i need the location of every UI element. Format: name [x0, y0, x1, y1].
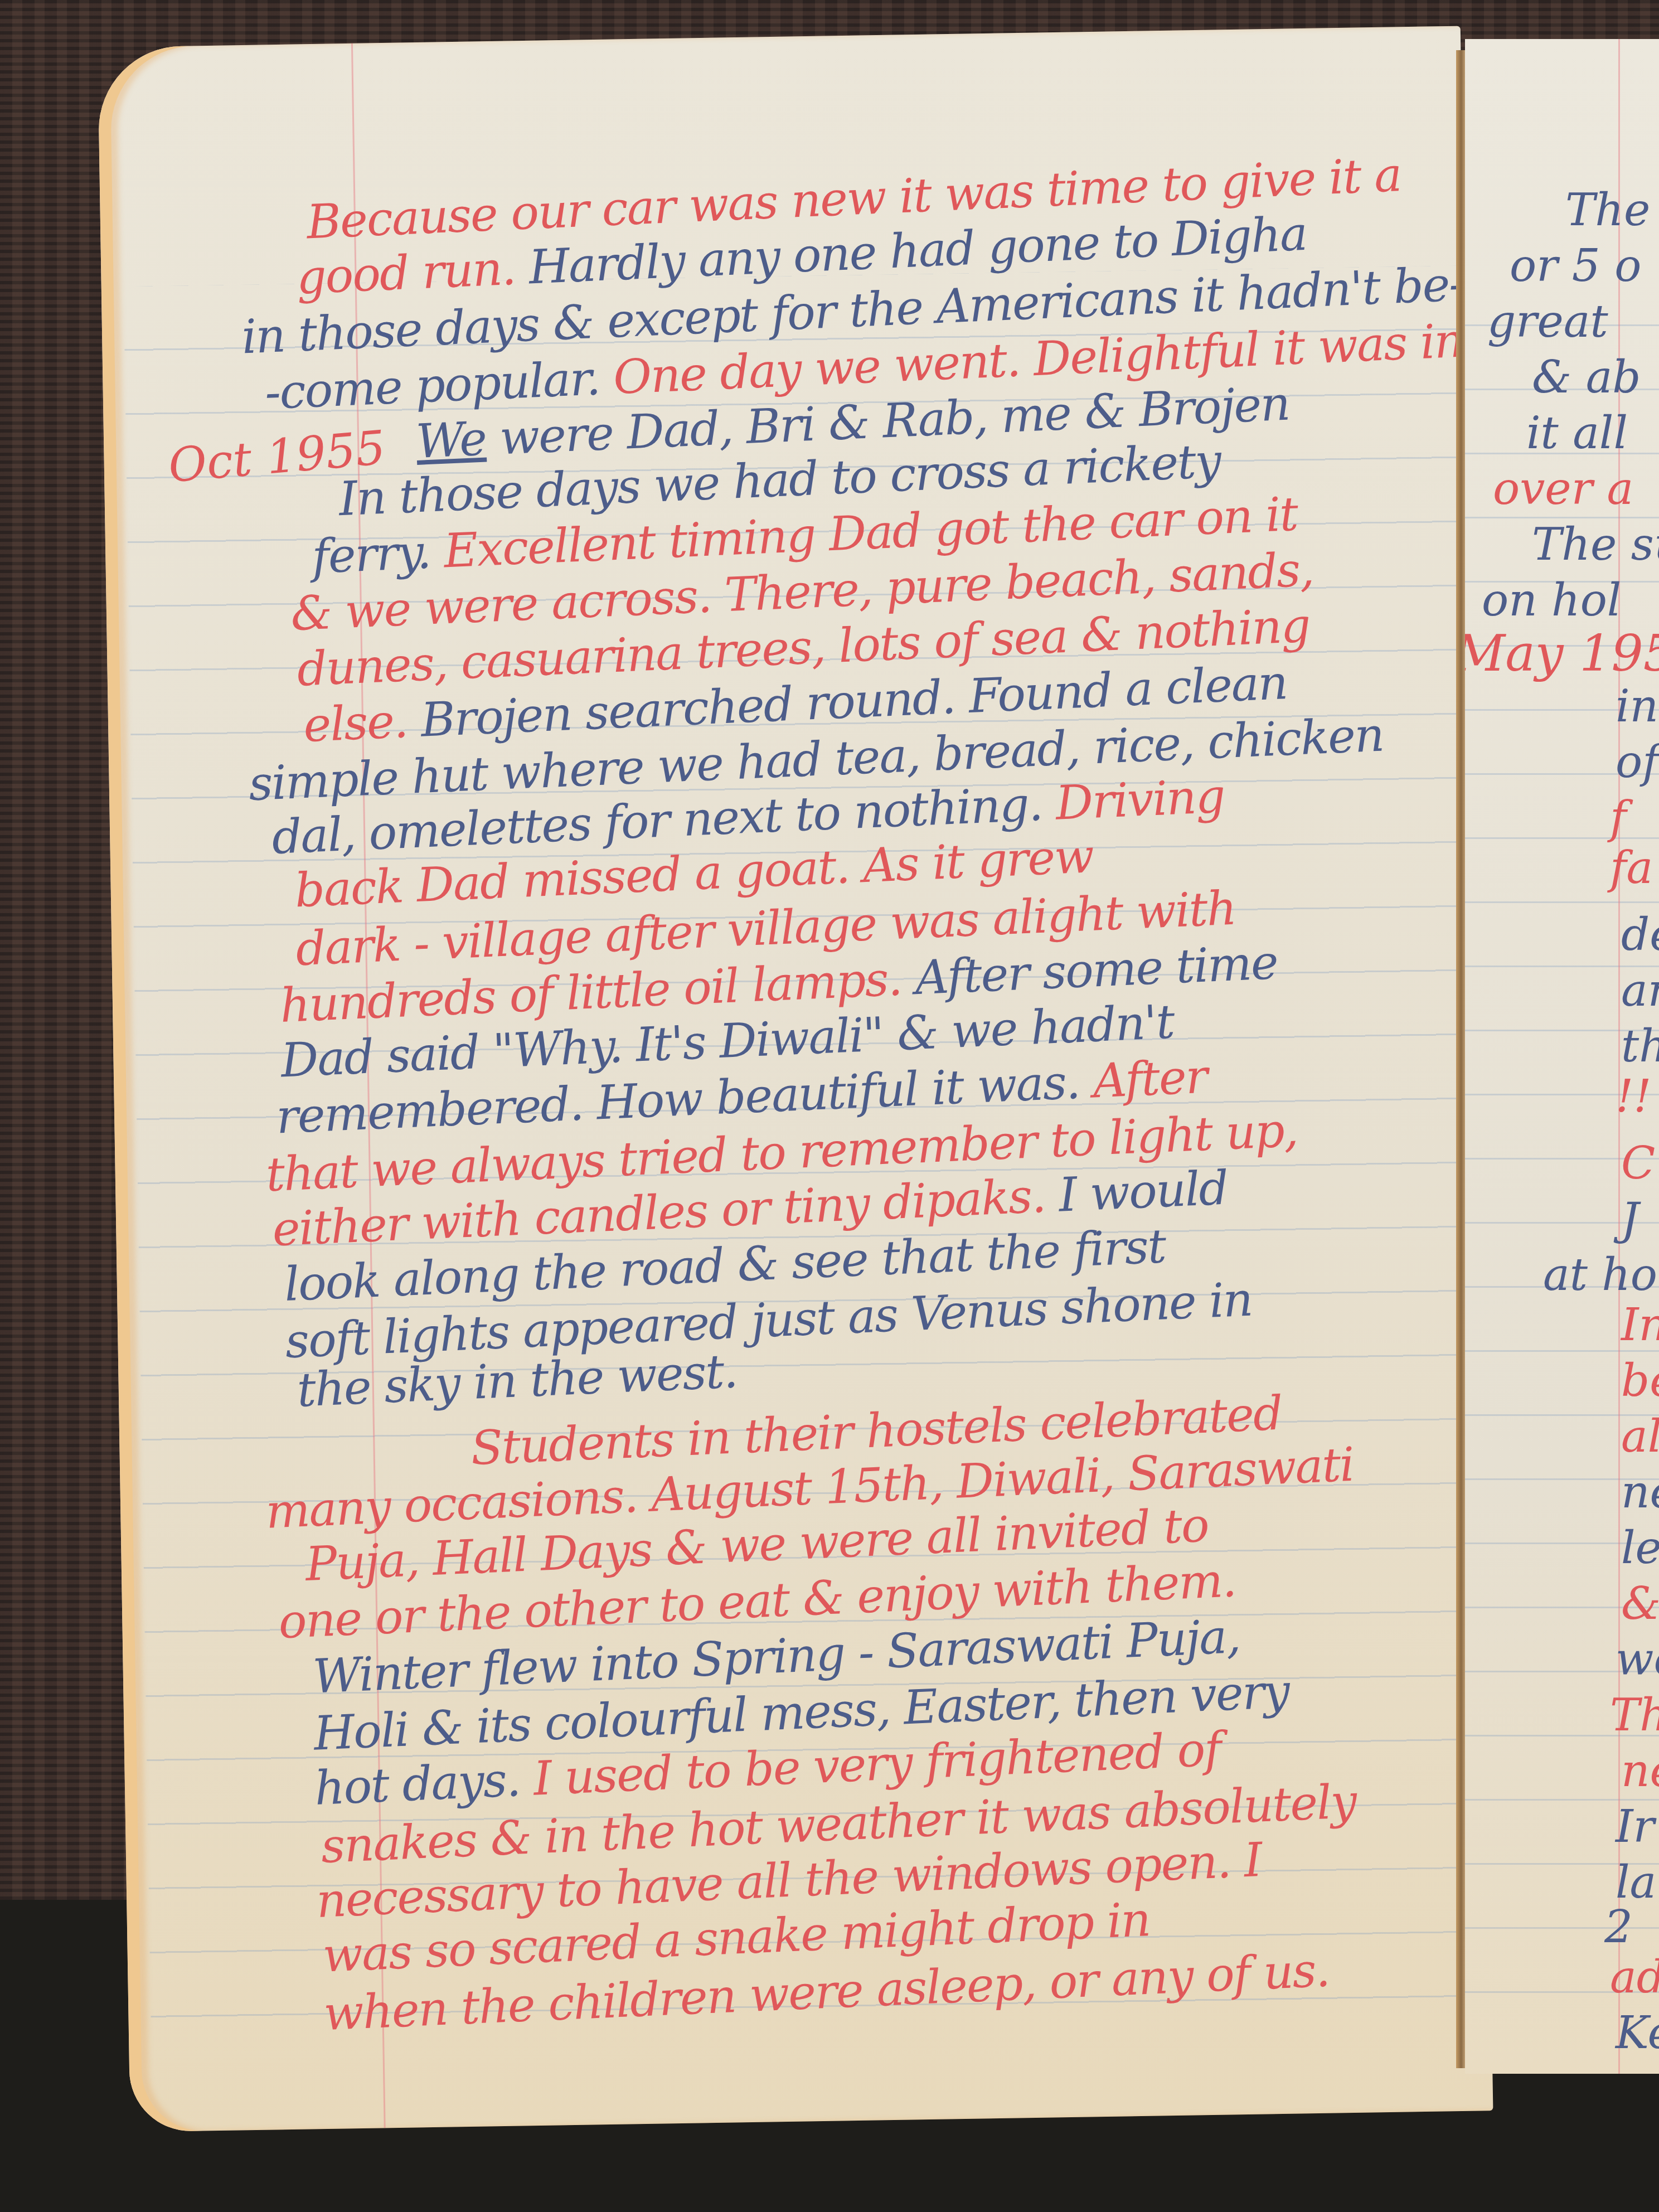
handwritten-fragment: on hol: [1482, 574, 1621, 626]
handwritten-fragment: J: [1621, 1193, 1639, 1245]
left-notebook-page: Because our car was new it was time to g…: [98, 26, 1493, 2132]
text-segment-red: else.: [302, 693, 408, 752]
handwritten-fragment: it all: [1526, 407, 1628, 459]
text-segment-blue: We: [415, 411, 487, 469]
handwritten-fragment: C: [1621, 1137, 1655, 1189]
handwritten-fragment: The: [1565, 184, 1650, 236]
handwritten-fragment: Ir: [1616, 1801, 1655, 1852]
handwritten-text-block: Because our car was new it was time to g…: [98, 26, 1461, 47]
handwritten-fragment: be: [1621, 1355, 1659, 1406]
handwritten-fragment: Ke: [1616, 2007, 1659, 2059]
handwritten-fragment: wo: [1616, 1633, 1659, 1685]
handwritten-fragment: &: [1621, 1578, 1659, 1629]
handwritten-fragment: ad: [1610, 1951, 1659, 2003]
right-notebook-page: Theor 5 ogreat& abit allover aThe suon h…: [1465, 39, 1659, 2074]
handwritten-fragment: th: [1621, 1020, 1659, 1072]
handwritten-fragment: al: [1621, 1410, 1659, 1462]
text-segment-blue: ferry.: [311, 525, 431, 584]
handwritten-fragment: le: [1621, 1522, 1659, 1574]
handwritten-fragment: at ho: [1543, 1249, 1657, 1301]
handwritten-fragment: The su: [1532, 518, 1659, 570]
text-segment-red: good run.: [295, 240, 516, 304]
handwritten-fragment: great: [1487, 295, 1608, 347]
margin-line: [1618, 39, 1620, 2074]
text-segment-blue: I would: [1044, 1161, 1229, 1223]
handwritten-fragment: de: [1621, 909, 1659, 961]
handwritten-fragment: of: [1616, 736, 1659, 788]
handwritten-fragment: & ab: [1532, 351, 1641, 403]
handwritten-fragment: or 5 o: [1510, 240, 1641, 292]
handwritten-fragment: an: [1621, 964, 1659, 1016]
handwritten-fragment: ne: [1621, 1466, 1659, 1518]
handwritten-fragment: ne: [1621, 1745, 1659, 1797]
handwritten-fragment: In: [1621, 1299, 1659, 1351]
margin-date-note: May 1956: [1465, 624, 1659, 683]
handwritten-fragment: f: [1610, 792, 1627, 843]
text-segment-red: Driving: [1041, 768, 1225, 831]
handwritten-fragment: !!: [1616, 1070, 1651, 1122]
handwritten-fragment: 2: [1604, 1901, 1633, 1953]
handwritten-fragment: fa: [1610, 842, 1653, 894]
text-segment-red: After: [1078, 1049, 1208, 1109]
text-segment-blue: hot days.: [313, 1752, 521, 1816]
handwritten-fragment: The: [1610, 1689, 1659, 1741]
handwritten-fragment: in: [1616, 680, 1658, 732]
handwritten-fragment: over a: [1493, 463, 1633, 515]
